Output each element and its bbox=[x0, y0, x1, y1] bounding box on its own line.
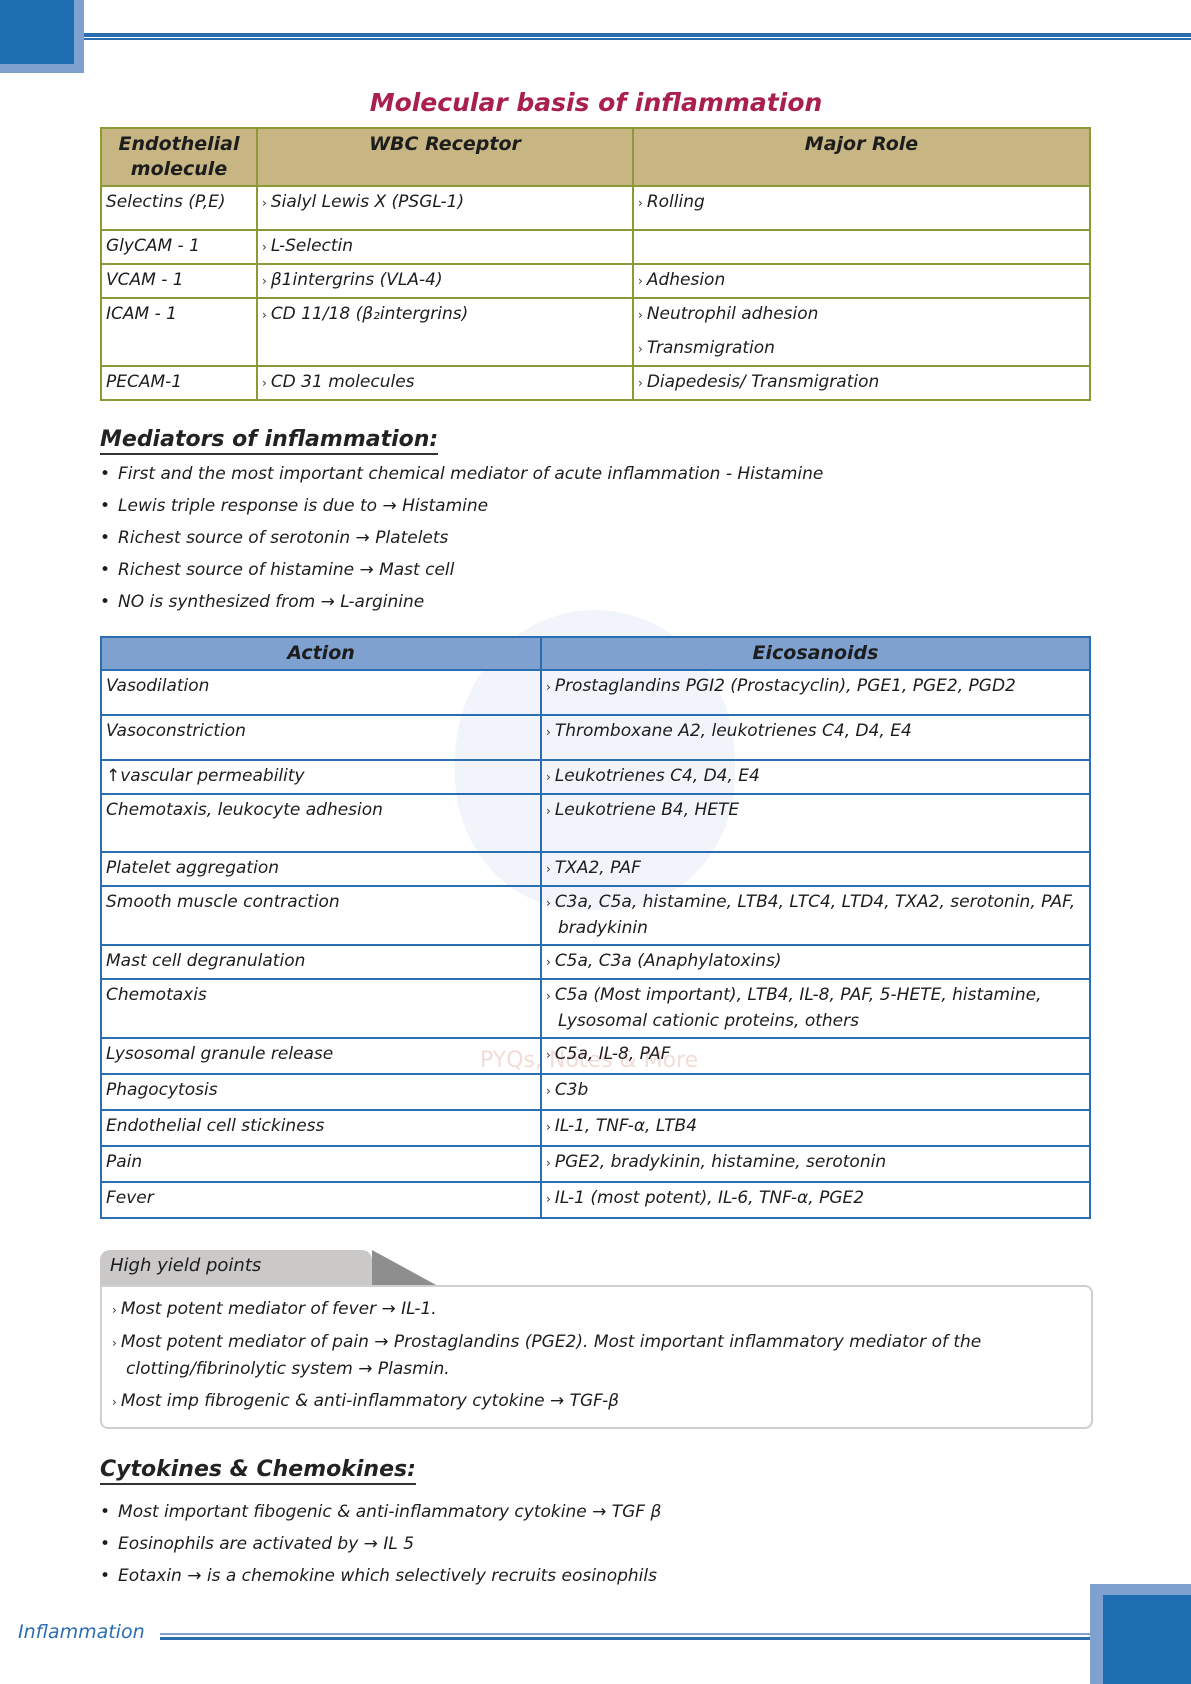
eicosanoid-item: ›Leukotrienes C4, D4, E4 bbox=[546, 764, 1085, 790]
role-item: ›Transmigration bbox=[638, 336, 1085, 362]
bullet-icon: • bbox=[100, 528, 110, 548]
table-row: PECAM-1›CD 31 molecules›Diapedesis/ Tran… bbox=[101, 366, 1090, 400]
chevron-right-icon: › bbox=[112, 1395, 117, 1409]
receptor-item: ›CD 11/18 (β₂intergrins) bbox=[262, 302, 628, 328]
receptor-cell: ›Sialyl Lewis X (PSGL-1) bbox=[257, 186, 633, 230]
bullet-icon: • bbox=[100, 1534, 110, 1554]
role-item-text: Adhesion bbox=[647, 270, 725, 290]
chevron-right-icon: › bbox=[262, 240, 267, 254]
role-cell: ›Neutrophil adhesion›Transmigration bbox=[633, 298, 1090, 366]
high-yield-point-text: Most imp fibrogenic & anti-inflammatory … bbox=[121, 1391, 619, 1411]
table-row: Smooth muscle contraction›C3a, C5a, hist… bbox=[101, 886, 1090, 945]
eicosanoid-item: ›IL-1 (most potent), IL-6, TNF-α, PGE2 bbox=[546, 1186, 1085, 1212]
role-item-text: Transmigration bbox=[647, 338, 775, 358]
eicosanoids-cell: ›Leukotrienes C4, D4, E4 bbox=[541, 760, 1090, 794]
eicosanoid-item-text: C5a, IL-8, PAF bbox=[555, 1044, 671, 1064]
table-row: Lysosomal granule release›C5a, IL-8, PAF bbox=[101, 1038, 1090, 1074]
eicosanoid-item-text: C3b bbox=[555, 1080, 588, 1100]
action-cell: ↑vascular permeability bbox=[101, 760, 541, 794]
eicosanoids-cell: ›Leukotriene B4, HETE bbox=[541, 794, 1090, 852]
chevron-right-icon: › bbox=[546, 1156, 551, 1170]
eicosanoid-item: ›PGE2, bradykinin, histamine, serotonin bbox=[546, 1150, 1085, 1176]
chevron-right-icon: › bbox=[638, 308, 643, 322]
eicosanoids-cell: ›IL-1 (most potent), IL-6, TNF-α, PGE2 bbox=[541, 1182, 1090, 1218]
eicosanoid-item-text: C3a, C5a, histamine, LTB4, LTC4, LTD4, T… bbox=[555, 892, 1075, 938]
list-item-text: Eotaxin → is a chemokine which selective… bbox=[118, 1566, 657, 1586]
chevron-right-icon: › bbox=[546, 1048, 551, 1062]
action-cell: Smooth muscle contraction bbox=[101, 886, 541, 945]
eicosanoid-item-text: Leukotrienes C4, D4, E4 bbox=[555, 766, 760, 786]
list-item-text: Richest source of serotonin → Platelets bbox=[118, 528, 448, 548]
list-item-text: NO is synthesized from → L-arginine bbox=[118, 592, 424, 612]
table-row: GlyCAM - 1›L-Selectin bbox=[101, 230, 1090, 264]
role-item: ›Adhesion bbox=[638, 268, 1085, 294]
eicosanoid-item-text: TXA2, PAF bbox=[555, 858, 641, 878]
table-row: Platelet aggregation›TXA2, PAF bbox=[101, 852, 1090, 886]
receptor-cell: ›CD 31 molecules bbox=[257, 366, 633, 400]
chevron-right-icon: › bbox=[262, 308, 267, 322]
bullet-icon: • bbox=[100, 1502, 110, 1522]
list-item: •NO is synthesized from → L-arginine bbox=[100, 586, 823, 618]
receptor-cell: ›CD 11/18 (β₂intergrins) bbox=[257, 298, 633, 366]
mediators-list: •First and the most important chemical m… bbox=[100, 458, 823, 618]
list-item-text: Eosinophils are activated by → IL 5 bbox=[118, 1534, 414, 1554]
eicosanoid-item: ›C5a, C3a (Anaphylatoxins) bbox=[546, 949, 1085, 975]
list-item-text: First and the most important chemical me… bbox=[118, 464, 823, 484]
action-cell: Chemotaxis bbox=[101, 979, 541, 1038]
table-row: ↑vascular permeability›Leukotrienes C4, … bbox=[101, 760, 1090, 794]
eicosanoid-item-text: C5a (Most important), LTB4, IL-8, PAF, 5… bbox=[555, 985, 1042, 1031]
molecule-cell: PECAM-1 bbox=[101, 366, 257, 400]
high-yield-point: ›Most imp fibrogenic & anti-inflammatory… bbox=[112, 1388, 1082, 1415]
table-row: Vasodilation›Prostaglandins PGI2 (Prosta… bbox=[101, 670, 1090, 715]
list-item-text: Richest source of histamine → Mast cell bbox=[118, 560, 454, 580]
action-cell: Platelet aggregation bbox=[101, 852, 541, 886]
bullet-icon: • bbox=[100, 592, 110, 612]
eicosanoid-item: ›C3b bbox=[546, 1078, 1085, 1104]
action-cell: Endothelial cell stickiness bbox=[101, 1110, 541, 1146]
table-row: Chemotaxis›C5a (Most important), LTB4, I… bbox=[101, 979, 1090, 1038]
section-heading-cytokines: Cytokines & Chemokines: bbox=[100, 1457, 416, 1485]
eicosanoids-cell: ›IL-1, TNF-α, LTB4 bbox=[541, 1110, 1090, 1146]
chevron-right-icon: › bbox=[546, 989, 551, 1003]
receptor-item: ›L-Selectin bbox=[262, 234, 628, 260]
eicosanoid-item-text: IL-1 (most potent), IL-6, TNF-α, PGE2 bbox=[555, 1188, 864, 1208]
section-heading-mediators: Mediators of inflammation: bbox=[100, 427, 438, 455]
eicosanoid-item: ›Prostaglandins PGI2 (Prostacyclin), PGE… bbox=[546, 674, 1085, 700]
high-yield-point-text: Most potent mediator of pain → Prostagla… bbox=[121, 1332, 981, 1379]
table-row: Selectins (P,E)›Sialyl Lewis X (PSGL-1)›… bbox=[101, 186, 1090, 230]
role-item: ›Rolling bbox=[638, 190, 1085, 216]
footer-chapter-label: Inflammation bbox=[18, 1621, 145, 1643]
molecule-cell: Selectins (P,E) bbox=[101, 186, 257, 230]
molecular-basis-table: Endothelial molecule WBC Receptor Major … bbox=[100, 127, 1091, 401]
list-item: •Richest source of serotonin → Platelets bbox=[100, 522, 823, 554]
receptor-item-text: β1intergrins (VLA-4) bbox=[271, 270, 443, 290]
eicosanoid-item: ›Leukotriene B4, HETE bbox=[546, 798, 1085, 824]
column-header: WBC Receptor bbox=[257, 128, 633, 186]
table-row: Vasoconstriction›Thromboxane A2, leukotr… bbox=[101, 715, 1090, 760]
role-cell: ›Rolling bbox=[633, 186, 1090, 230]
eicosanoid-item-text: Prostaglandins PGI2 (Prostacyclin), PGE1… bbox=[555, 676, 1016, 696]
high-yield-point: ›Most potent mediator of fever → IL-1. bbox=[112, 1296, 1082, 1323]
list-item: •First and the most important chemical m… bbox=[100, 458, 823, 490]
table-row: VCAM - 1›β1intergrins (VLA-4)›Adhesion bbox=[101, 264, 1090, 298]
molecule-cell: VCAM - 1 bbox=[101, 264, 257, 298]
chevron-right-icon: › bbox=[546, 862, 551, 876]
table-row: Chemotaxis, leukocyte adhesion›Leukotrie… bbox=[101, 794, 1090, 852]
footer-rule bbox=[160, 1633, 1090, 1635]
chevron-right-icon: › bbox=[546, 1084, 551, 1098]
high-yield-tab-fold bbox=[372, 1250, 438, 1286]
table-row: Endothelial cell stickiness›IL-1, TNF-α,… bbox=[101, 1110, 1090, 1146]
role-cell: ›Diapedesis/ Transmigration bbox=[633, 366, 1090, 400]
chevron-right-icon: › bbox=[546, 804, 551, 818]
bullet-icon: • bbox=[100, 496, 110, 516]
role-item: ›Diapedesis/ Transmigration bbox=[638, 370, 1085, 396]
chevron-right-icon: › bbox=[638, 196, 643, 210]
action-cell: Vasoconstriction bbox=[101, 715, 541, 760]
eicosanoids-cell: ›Thromboxane A2, leukotrienes C4, D4, E4 bbox=[541, 715, 1090, 760]
role-cell bbox=[633, 230, 1090, 264]
role-item-text: Diapedesis/ Transmigration bbox=[647, 372, 879, 392]
high-yield-title: High yield points bbox=[110, 1255, 261, 1276]
footer-rule-thick bbox=[160, 1637, 1090, 1640]
role-item-text: Neutrophil adhesion bbox=[647, 304, 819, 324]
eicosanoids-cell: ›TXA2, PAF bbox=[541, 852, 1090, 886]
column-header: Major Role bbox=[633, 128, 1090, 186]
chevron-right-icon: › bbox=[546, 1120, 551, 1134]
eicosanoids-cell: ›C5a, C3a (Anaphylatoxins) bbox=[541, 945, 1090, 979]
receptor-cell: ›L-Selectin bbox=[257, 230, 633, 264]
high-yield-list: ›Most potent mediator of fever → IL-1.›M… bbox=[112, 1296, 1082, 1421]
receptor-item: ›β1intergrins (VLA-4) bbox=[262, 268, 628, 294]
eicosanoid-item: ›C5a (Most important), LTB4, IL-8, PAF, … bbox=[546, 983, 1085, 1034]
table-row: Fever›IL-1 (most potent), IL-6, TNF-α, P… bbox=[101, 1182, 1090, 1218]
eicosanoids-cell: ›C5a (Most important), LTB4, IL-8, PAF, … bbox=[541, 979, 1090, 1038]
eicosanoid-item: ›TXA2, PAF bbox=[546, 856, 1085, 882]
chevron-right-icon: › bbox=[546, 725, 551, 739]
role-item-text: Rolling bbox=[647, 192, 705, 212]
eicosanoid-item: ›Thromboxane A2, leukotrienes C4, D4, E4 bbox=[546, 719, 1085, 745]
receptor-item: ›Sialyl Lewis X (PSGL-1) bbox=[262, 190, 628, 216]
footer-corner-block-inner bbox=[1103, 1595, 1191, 1684]
eicosanoid-item-text: Thromboxane A2, leukotrienes C4, D4, E4 bbox=[555, 721, 912, 741]
receptor-item-text: CD 11/18 (β₂intergrins) bbox=[271, 304, 468, 324]
eicosanoid-item: ›IL-1, TNF-α, LTB4 bbox=[546, 1114, 1085, 1140]
chevron-right-icon: › bbox=[546, 680, 551, 694]
role-item: ›Neutrophil adhesion bbox=[638, 302, 1085, 328]
receptor-cell: ›β1intergrins (VLA-4) bbox=[257, 264, 633, 298]
list-item: •Lewis triple response is due to → Hista… bbox=[100, 490, 823, 522]
eicosanoids-cell: ›C3a, C5a, histamine, LTB4, LTC4, LTD4, … bbox=[541, 886, 1090, 945]
action-cell: Mast cell degranulation bbox=[101, 945, 541, 979]
table-row: Mast cell degranulation›C5a, C3a (Anaphy… bbox=[101, 945, 1090, 979]
list-item-text: Lewis triple response is due to → Histam… bbox=[118, 496, 488, 516]
high-yield-point-text: Most potent mediator of fever → IL-1. bbox=[121, 1299, 437, 1319]
eicosanoids-cell: ›C3b bbox=[541, 1074, 1090, 1110]
column-header: Eicosanoids bbox=[541, 637, 1090, 670]
eicosanoid-item-text: C5a, C3a (Anaphylatoxins) bbox=[555, 951, 782, 971]
eicosanoid-item-text: Leukotriene B4, HETE bbox=[555, 800, 739, 820]
chevron-right-icon: › bbox=[262, 196, 267, 210]
list-item-text: Most important fibogenic & anti-inflamma… bbox=[118, 1502, 661, 1522]
chevron-right-icon: › bbox=[546, 955, 551, 969]
eicosanoids-cell: ›PGE2, bradykinin, histamine, serotonin bbox=[541, 1146, 1090, 1182]
receptor-item-text: CD 31 molecules bbox=[271, 372, 415, 392]
table-row: Pain›PGE2, bradykinin, histamine, seroto… bbox=[101, 1146, 1090, 1182]
table-row: Phagocytosis›C3b bbox=[101, 1074, 1090, 1110]
header-rule-thin bbox=[84, 38, 1191, 40]
chevron-right-icon: › bbox=[262, 376, 267, 390]
action-cell: Pain bbox=[101, 1146, 541, 1182]
column-header: Action bbox=[101, 637, 541, 670]
chevron-right-icon: › bbox=[546, 1192, 551, 1206]
bullet-icon: • bbox=[100, 560, 110, 580]
chevron-right-icon: › bbox=[638, 376, 643, 390]
chevron-right-icon: › bbox=[546, 896, 551, 910]
molecule-cell: ICAM - 1 bbox=[101, 298, 257, 366]
list-item: •Eotaxin → is a chemokine which selectiv… bbox=[100, 1560, 661, 1592]
eicosanoids-table: Action Eicosanoids Vasodilation›Prostagl… bbox=[100, 636, 1091, 1219]
receptor-item-text: L-Selectin bbox=[271, 236, 353, 256]
receptor-item: ›CD 31 molecules bbox=[262, 370, 628, 396]
eicosanoids-cell: ›C5a, IL-8, PAF bbox=[541, 1038, 1090, 1074]
eicosanoids-cell: ›Prostaglandins PGI2 (Prostacyclin), PGE… bbox=[541, 670, 1090, 715]
table-row: ICAM - 1›CD 11/18 (β₂intergrins)›Neutrop… bbox=[101, 298, 1090, 366]
eicosanoid-item: ›C3a, C5a, histamine, LTB4, LTC4, LTD4, … bbox=[546, 890, 1085, 941]
eicosanoid-item-text: IL-1, TNF-α, LTB4 bbox=[555, 1116, 697, 1136]
chevron-right-icon: › bbox=[112, 1336, 117, 1350]
header-rule bbox=[84, 33, 1191, 37]
action-cell: Vasodilation bbox=[101, 670, 541, 715]
chevron-right-icon: › bbox=[546, 770, 551, 784]
high-yield-point: ›Most potent mediator of pain → Prostagl… bbox=[112, 1329, 1082, 1382]
cytokines-list: •Most important fibogenic & anti-inflamm… bbox=[100, 1496, 661, 1592]
chevron-right-icon: › bbox=[112, 1303, 117, 1317]
action-cell: Chemotaxis, leukocyte adhesion bbox=[101, 794, 541, 852]
header-corner-block-inner bbox=[0, 0, 74, 64]
action-cell: Lysosomal granule release bbox=[101, 1038, 541, 1074]
bullet-icon: • bbox=[100, 1566, 110, 1586]
list-item: •Eosinophils are activated by → IL 5 bbox=[100, 1528, 661, 1560]
chevron-right-icon: › bbox=[262, 274, 267, 288]
list-item: •Most important fibogenic & anti-inflamm… bbox=[100, 1496, 661, 1528]
receptor-item-text: Sialyl Lewis X (PSGL-1) bbox=[271, 192, 464, 212]
page-title: Molecular basis of inflammation bbox=[100, 88, 1092, 117]
chevron-right-icon: › bbox=[638, 274, 643, 288]
action-cell: Phagocytosis bbox=[101, 1074, 541, 1110]
column-header: Endothelial molecule bbox=[101, 128, 257, 186]
list-item: •Richest source of histamine → Mast cell bbox=[100, 554, 823, 586]
chevron-right-icon: › bbox=[638, 342, 643, 356]
eicosanoid-item: ›C5a, IL-8, PAF bbox=[546, 1042, 1085, 1068]
bullet-icon: • bbox=[100, 464, 110, 484]
molecule-cell: GlyCAM - 1 bbox=[101, 230, 257, 264]
eicosanoid-item-text: PGE2, bradykinin, histamine, serotonin bbox=[555, 1152, 886, 1172]
action-cell: Fever bbox=[101, 1182, 541, 1218]
role-cell: ›Adhesion bbox=[633, 264, 1090, 298]
